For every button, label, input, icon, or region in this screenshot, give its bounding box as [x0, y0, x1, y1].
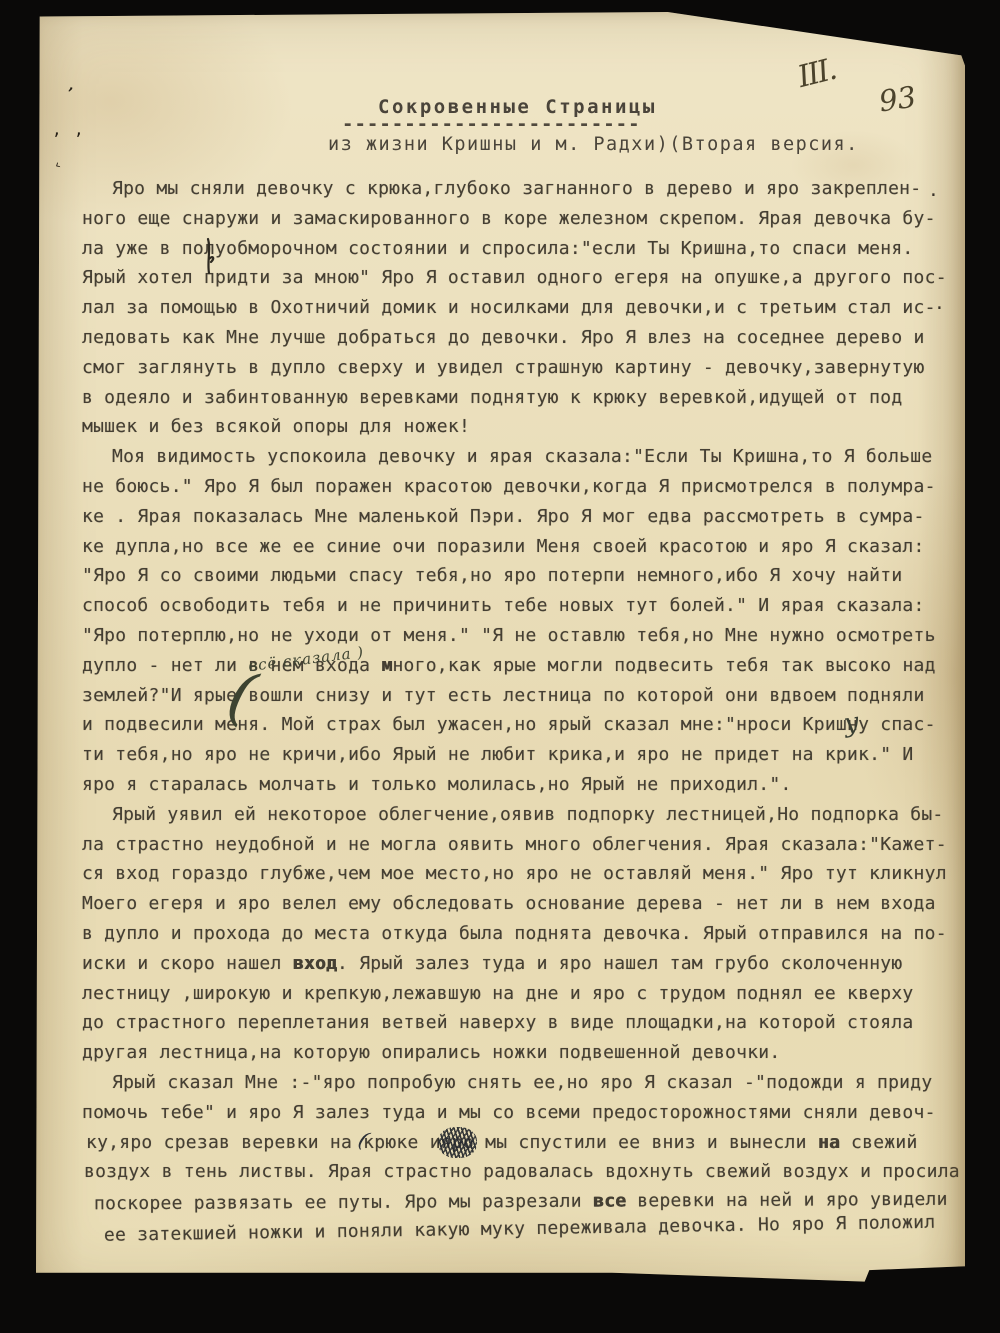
text-line: в дупло и прохода до места откуда была п…	[82, 923, 968, 953]
text-line: иски и скоро нашел вход. Ярый залез туда…	[82, 953, 968, 983]
text-line: ку,яро срезав веревки на крюке ияро мы с…	[86, 1132, 968, 1162]
text-line: дупло - нет ли в нем входа много,как яры…	[82, 655, 968, 685]
text-line: ке дупла,но все же ее синие очи поразили…	[82, 536, 968, 566]
text-line: другая лестница,на которую опирались нож…	[82, 1042, 968, 1072]
handwritten-page-number: 93	[877, 80, 918, 119]
text-line: ся вход гораздо глубже,чем мое место,но …	[82, 863, 968, 893]
title-underline: ------------------------	[342, 113, 641, 135]
handwritten-insert-mark	[182, 218, 218, 298]
text-line: Ярый уявил ей некоторое облегчение,оявив…	[82, 804, 968, 834]
text-line: землей?"И ярые вошли снизу и тут есть ле…	[82, 685, 968, 715]
text-line: Яро мы сняли девочку с крюка,глубоко заг…	[82, 178, 968, 208]
pen-stroke-icon	[202, 237, 218, 275]
text-line: ке . Ярая показалась Мне маленькой Пэри.…	[82, 506, 968, 536]
text-line: и подвесили меня. Мой страх был ужасен,н…	[82, 714, 968, 744]
handwritten-roman-numeral: III.	[794, 52, 838, 95]
page-subtitle: из жизни Кришны и м. Радхи)(Вторая верси…	[328, 134, 859, 155]
text-line: не боюсь." Яро Я был поражен красотою де…	[82, 476, 968, 506]
text-line: Ярый сказал Мне :-"яро попробую снять ее…	[82, 1072, 968, 1102]
text-line: лал за помощью в Охотничий домик и носил…	[82, 297, 968, 327]
ink-speck: ’	[61, 83, 77, 104]
text-line: яро я старалась молчать и только молилас…	[82, 774, 968, 804]
text-line: лестницу ,широкую и крепкую,лежавшую на …	[82, 983, 968, 1013]
text-line: Моя видимость успокоила девочку и ярая с…	[82, 446, 968, 476]
text-line: "Яро потерплю,но не уходи от меня." "Я н…	[82, 625, 968, 655]
typewritten-page: III. 93 ’ ‚ ‚ ‹ . · Сокровенные Страницы…	[36, 12, 965, 1288]
ink-speck: ‚	[52, 120, 62, 139]
text-line: Моего егеря и яро велел ему обследовать …	[82, 893, 968, 923]
text-line: ла страстно неудобной и не могла оявить …	[82, 834, 968, 864]
text-line: до страстного переплетания ветвей наверх…	[82, 1012, 968, 1042]
text-line: "Яро Я со своими людьми спасу тебя,но яр…	[82, 565, 968, 595]
text-line: способ освободить тебя и не причинить те…	[82, 595, 968, 625]
text-line: воздух в тень листвы. Ярая страстно радо…	[84, 1161, 968, 1191]
text-line: мышек и без всякой опоры для ножек!	[82, 416, 968, 446]
text-line: ледовать как Мне лучше добраться до дево…	[82, 327, 968, 357]
scribbled-out-word: яро	[441, 1132, 474, 1153]
text-line: смог заглянуть в дупло сверху и увидел с…	[82, 357, 968, 387]
text-line: в одеяло и забинтованную веревками подня…	[82, 387, 968, 417]
ink-speck: ‚	[74, 120, 84, 139]
text-line: ти тебя,но яро не кричи,ибо Ярый не люби…	[82, 744, 968, 774]
ink-speck: ‹	[51, 157, 65, 174]
text-line: помочь тебе" и яро Я залез туда и мы со …	[82, 1102, 968, 1132]
typewritten-text: Яро мы сняли девочку с крюка,глубоко заг…	[82, 178, 968, 1251]
